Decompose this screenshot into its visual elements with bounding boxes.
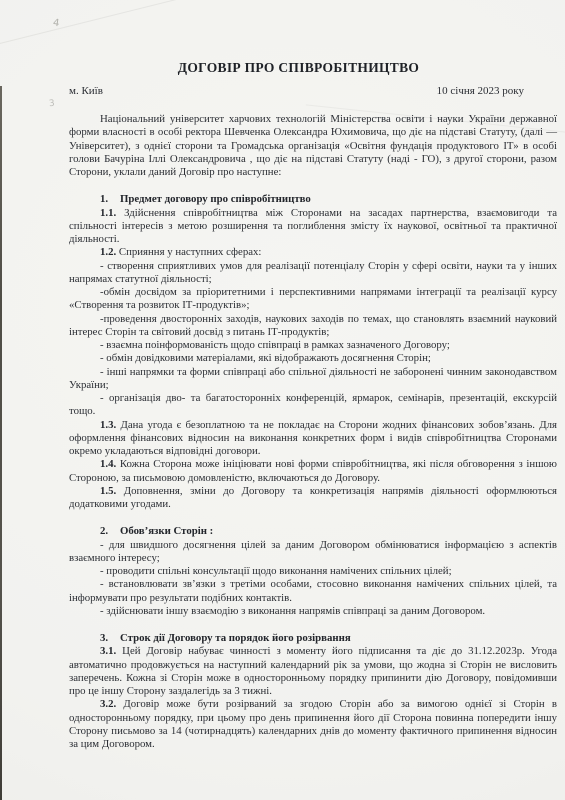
clause-number: 1.5. (100, 485, 116, 497)
section-1-heading: 1. Предмет договору про співробітництво (100, 193, 557, 206)
scanned-contract-page: 4 3 ДОГОВІР ПРО СПІВРОБІТНИЦТВО м. Київ … (0, 0, 565, 800)
place-label: м. Київ (69, 85, 103, 97)
bullet-item: - для швидшого досягнення цілей за даним… (69, 539, 557, 566)
section-number: 3. (100, 632, 120, 645)
section-1: 1. Предмет договору про співробітництво … (69, 193, 557, 511)
clause-number: 3.2. (100, 698, 116, 710)
date-label: 10 січня 2023 року (437, 85, 524, 97)
paper-crease (0, 0, 226, 50)
bullet-item: - інші напрямки та форми співпраці або с… (69, 366, 557, 393)
section-3: 3. Строк дії Договору та порядок його ро… (69, 632, 557, 751)
section-title: Предмет договору про співробітництво (120, 193, 311, 206)
clause-text: Договір може бути розірваний за згодою С… (69, 698, 557, 750)
clause-number: 1.2. (100, 246, 116, 258)
bullet-item: - взаємна поінформованість щодо співпрац… (69, 339, 557, 352)
bullet-item: - встановлювати зв’язки з третіми особам… (69, 578, 557, 605)
clause-1-4: 1.4. Кожна Сторона може ініціювати нові … (69, 458, 557, 485)
section-number: 2. (100, 525, 120, 538)
pencil-mark: 3 (48, 99, 55, 110)
clause-text: Дана угода є безоплатною та не покладає … (69, 419, 557, 458)
clause-3-1: 3.1. Цей Договір набуває чинності з моме… (69, 645, 557, 698)
bullet-item: - створення сприятливих умов для реаліза… (69, 260, 557, 287)
bullet-item: -обмін досвідом за пріоритетними і персп… (69, 286, 557, 313)
clause-text: Кожна Сторона може ініціювати нові форми… (69, 458, 557, 483)
clause-1-3: 1.3. Дана угода є безоплатною та не покл… (69, 419, 557, 459)
section-title: Обов’язки Сторін : (120, 525, 213, 538)
section-2: 2. Обов’язки Сторін : - для швидшого дос… (69, 525, 557, 618)
section-3-heading: 3. Строк дії Договору та порядок його ро… (100, 632, 557, 645)
clause-text: Здійснення співробітництва між Сторонами… (69, 207, 557, 246)
section-2-heading: 2. Обов’язки Сторін : (100, 525, 557, 538)
clause-text: Сприяння у наступних сферах: (119, 246, 262, 258)
clause-number: 3.1. (100, 645, 116, 657)
bullet-item: - організація дво- та багатосторонніх ко… (69, 392, 557, 419)
clause-number: 1.4. (100, 458, 116, 470)
document-title: ДОГОВІР ПРО СПІВРОБІТНИЦТВО (40, 60, 557, 76)
bullet-item: - обмін довідковими матеріалами, які від… (69, 352, 557, 365)
bullet-item: -проведення двосторонніх заходів, науков… (69, 313, 557, 340)
scan-edge-shadow (0, 86, 2, 800)
dateline: м. Київ 10 січня 2023 року (69, 85, 557, 97)
bullet-item: - здійснювати іншу взаємодію з виконання… (69, 605, 557, 618)
clause-text: Цей Договір набуває чинності з моменту й… (69, 645, 557, 697)
clause-1-2: 1.2. Сприяння у наступних сферах: (69, 246, 557, 259)
clause-1-1: 1.1. Здійснення співробітництва між Стор… (69, 207, 557, 247)
section-number: 1. (100, 193, 120, 206)
section-title: Строк дії Договору та порядок його розір… (120, 632, 351, 645)
bullet-item: - проводити спільні консультації щодо ви… (69, 565, 557, 578)
clause-3-2: 3.2. Договір може бути розірваний за зго… (69, 698, 557, 751)
clause-1-5: 1.5. Доповнення, зміни до Договору та ко… (69, 485, 557, 512)
clause-number: 1.3. (100, 419, 116, 431)
clause-number: 1.1. (100, 207, 116, 219)
clause-text: Доповнення, зміни до Договору та конкрет… (69, 485, 557, 510)
